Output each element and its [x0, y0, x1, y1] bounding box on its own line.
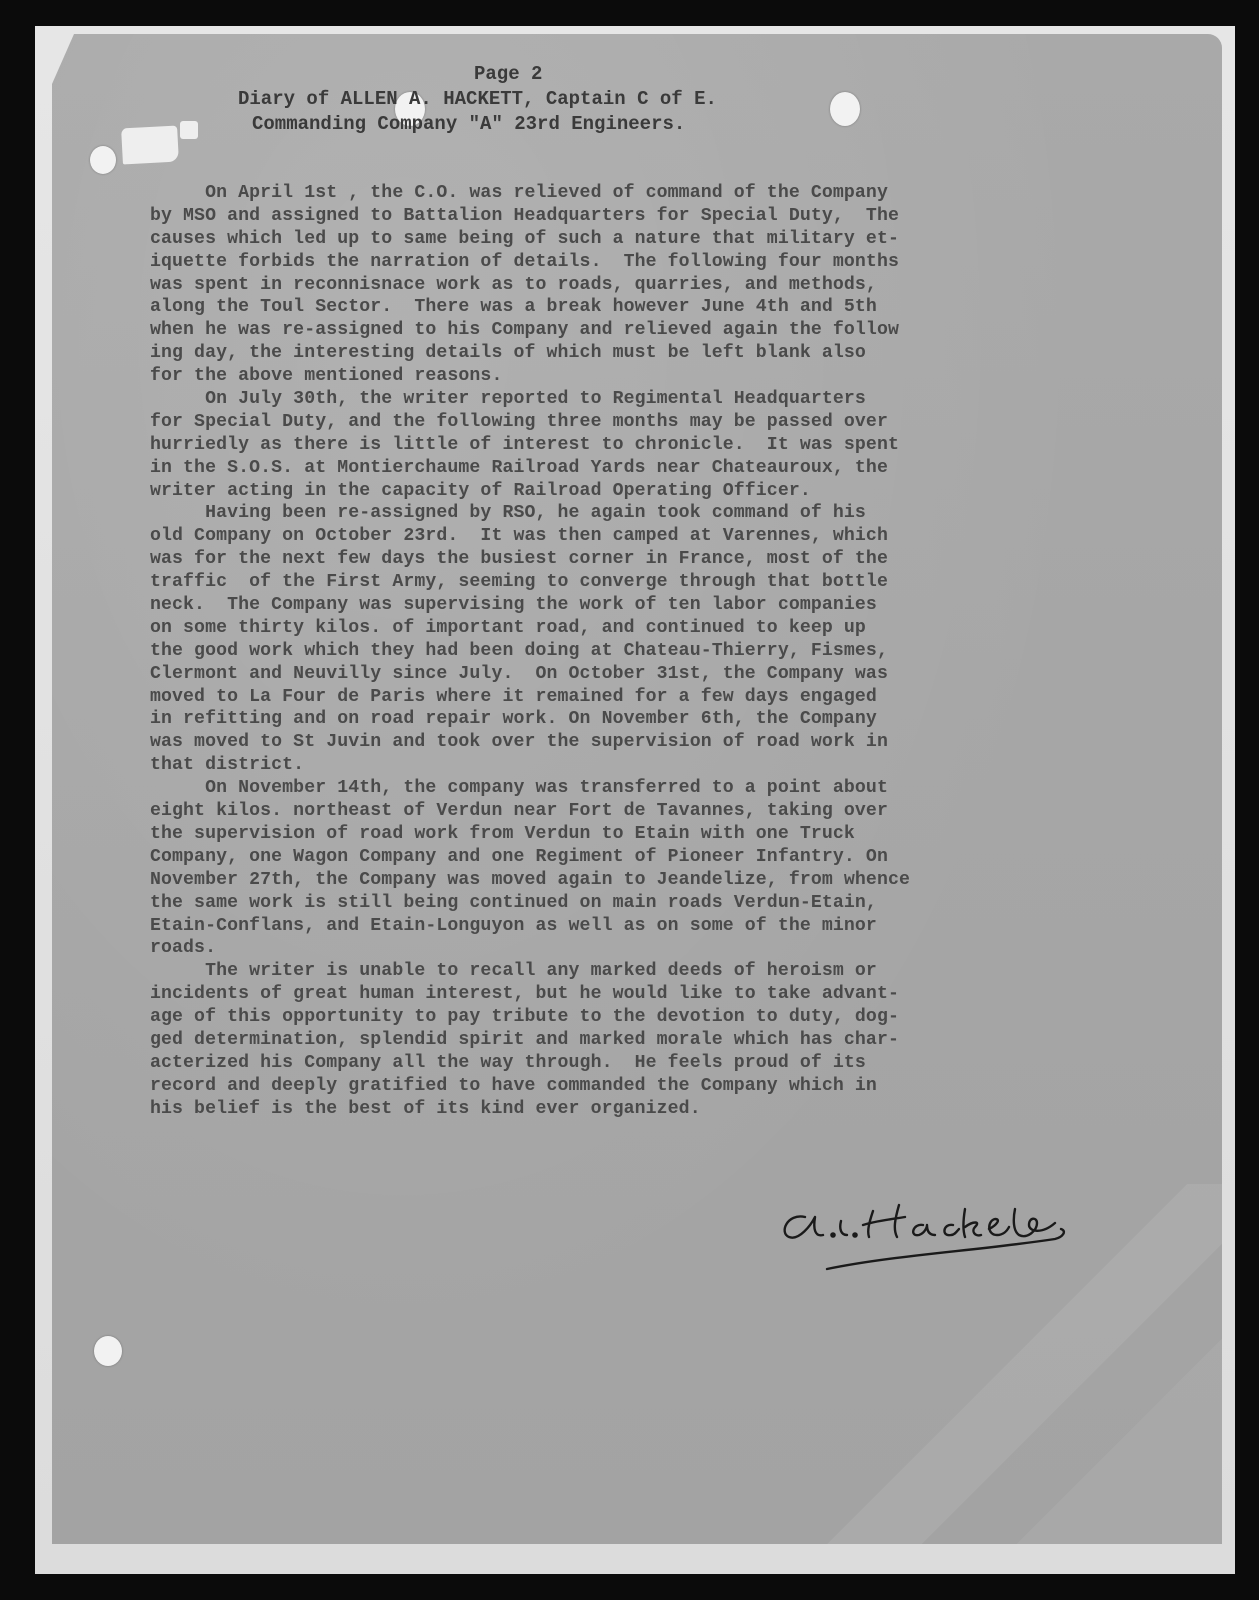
punch-hole-top-right	[830, 92, 860, 126]
text-line: On April 1st , the C.O. was relieved of …	[150, 182, 1110, 205]
paper-tear-top-left	[121, 126, 179, 165]
text-line: iquette forbids the narration of details…	[150, 251, 1110, 274]
text-line: On November 14th, the company was transf…	[150, 777, 1110, 800]
text-line: ing day, the interesting details of whic…	[150, 342, 1110, 365]
text-line: traffic of the First Army, seeming to co…	[150, 571, 1110, 594]
text-line: by MSO and assigned to Battalion Headqua…	[150, 205, 1110, 228]
punch-hole-bottom-left	[94, 1336, 122, 1366]
text-line: old Company on October 23rd. It was then…	[150, 525, 1110, 548]
text-line: was moved to St Juvin and took over the …	[150, 731, 1110, 754]
text-line: in refitting and on road repair work. On…	[150, 708, 1110, 731]
text-line: age of this opportunity to pay tribute t…	[150, 1006, 1110, 1029]
text-line: moved to La Four de Paris where it remai…	[150, 686, 1110, 709]
text-line: when he was re-assigned to his Company a…	[150, 319, 1110, 342]
document-subtitle: Commanding Company "A" 23rd Engineers.	[252, 112, 685, 136]
text-line: On July 30th, the writer reported to Reg…	[150, 388, 1110, 411]
page-label: Page 2	[474, 62, 542, 86]
text-line: incidents of great human interest, but h…	[150, 983, 1110, 1006]
text-line: acterized his Company all the way throug…	[150, 1052, 1110, 1075]
text-line: the good work which they had been doing …	[150, 640, 1110, 663]
text-line: The writer is unable to recall any marke…	[150, 960, 1110, 983]
text-line: ged determination, splendid spirit and m…	[150, 1029, 1110, 1052]
text-line: for Special Duty, and the following thre…	[150, 411, 1110, 434]
text-line: the same work is still being continued o…	[150, 892, 1110, 915]
document-body: On April 1st , the C.O. was relieved of …	[150, 182, 1110, 1121]
text-line: Etain-Conflans, and Etain-Longuyon as we…	[150, 915, 1110, 938]
text-line: hurriedly as there is little of interest…	[150, 434, 1110, 457]
text-line: November 27th, the Company was moved aga…	[150, 869, 1110, 892]
paper-tear-top-left-small	[180, 121, 198, 139]
document-title: Diary of ALLEN A. HACKETT, Captain C of …	[238, 87, 717, 111]
text-line: Having been re-assigned by RSO, he again…	[150, 502, 1110, 525]
text-line: Company, one Wagon Company and one Regim…	[150, 846, 1110, 869]
text-line: record and deeply gratified to have comm…	[150, 1075, 1110, 1098]
text-line: on some thirty kilos. of important road,…	[150, 617, 1110, 640]
text-line: in the S.O.S. at Montierchaume Railroad …	[150, 457, 1110, 480]
text-line: was for the next few days the busiest co…	[150, 548, 1110, 571]
punch-hole-top-left	[90, 146, 116, 174]
text-line: eight kilos. northeast of Verdun near Fo…	[150, 800, 1110, 823]
text-line: causes which led up to same being of suc…	[150, 228, 1110, 251]
text-line: the supervision of road work from Verdun…	[150, 823, 1110, 846]
text-line: his belief is the best of its kind ever …	[150, 1098, 1110, 1121]
text-line: along the Toul Sector. There was a break…	[150, 296, 1110, 319]
text-line: writer acting in the capacity of Railroa…	[150, 480, 1110, 503]
text-line: neck. The Company was supervising the wo…	[150, 594, 1110, 617]
text-line: Clermont and Neuvilly since July. On Oct…	[150, 663, 1110, 686]
text-line: roads.	[150, 937, 1110, 960]
signature	[775, 1195, 1075, 1285]
text-line: was spent in reconnisnace work as to roa…	[150, 274, 1110, 297]
text-line: that district.	[150, 754, 1110, 777]
text-line: for the above mentioned reasons.	[150, 365, 1110, 388]
